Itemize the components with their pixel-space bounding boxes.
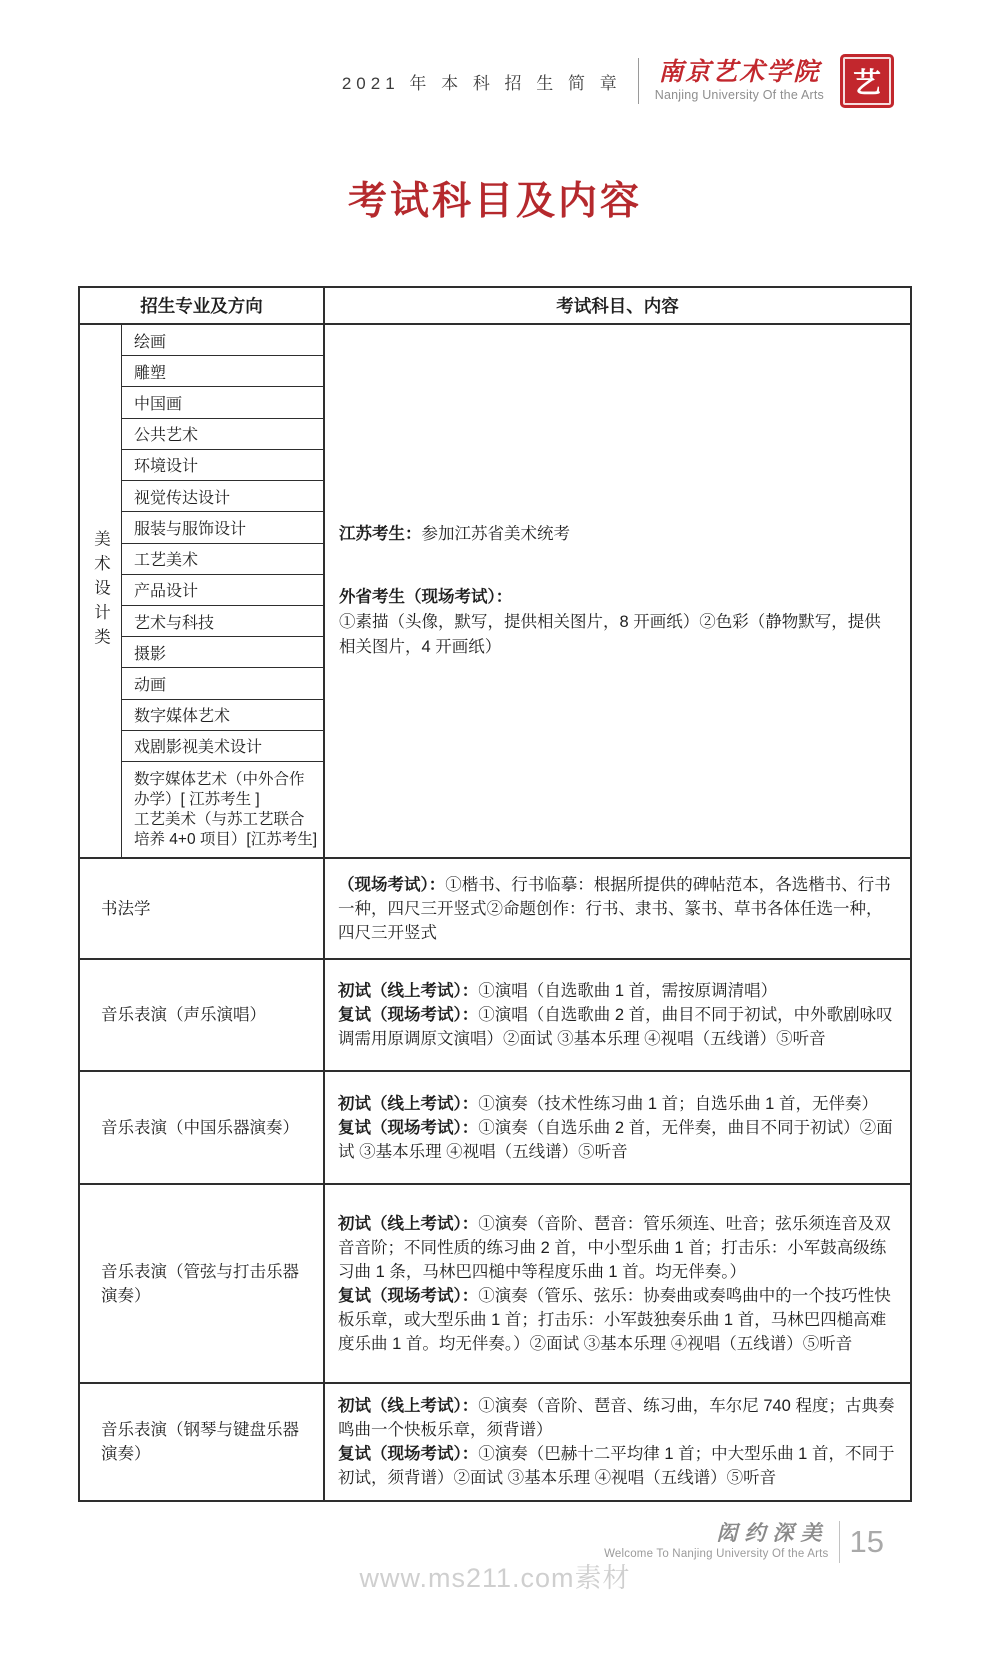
- major-cell: 音乐表演（声乐演唱）: [80, 960, 325, 1070]
- exam-segment: 复试（现场考试）：①演奏（自选乐曲 2 首，无伴奏，曲目不同于初试）②面试 ③基…: [338, 1116, 897, 1164]
- major-item: 环境设计: [122, 450, 323, 481]
- exam-content-cell: 初试（线上考试）：①演奏（音阶、琶音：管乐须连、吐音；弦乐须连音及双音音阶；不同…: [325, 1185, 910, 1382]
- major-item: 绘画: [122, 325, 323, 356]
- exam-segment: 初试（线上考试）：①演唱（自选歌曲 1 首，需按原调清唱）: [338, 979, 897, 1003]
- table-row-chinese-instruments: 音乐表演（中国乐器演奏） 初试（线上考试）：①演奏（技术性练习曲 1 首；自选乐…: [80, 1072, 910, 1185]
- text: ①演唱（自选歌曲 1 首，需按原调清唱）: [478, 982, 777, 1000]
- exam-content-cell: （现场考试）：①楷书、行书临摹：根据所提供的碑帖范本，各选楷书、行书一种，四尺三…: [325, 859, 910, 958]
- major-item: 服装与服饰设计: [122, 512, 323, 543]
- bold-label: 外省考生（现场考试）：: [339, 585, 896, 610]
- major-item: 数字媒体艺术（中外合作办学）[ 江苏考生 ]: [134, 770, 319, 810]
- major-item: 公共艺术: [122, 419, 323, 450]
- university-logo: 南京艺术学院 Nanjing University Of the Arts: [655, 60, 824, 102]
- bold-label: 初试（线上考试）：: [338, 1215, 478, 1233]
- major-item: 摄影: [122, 637, 323, 668]
- page-title: 考试科目及内容: [0, 170, 990, 226]
- exam-segment: 初试（线上考试）：①演奏（技术性练习曲 1 首；自选乐曲 1 首，无伴奏）: [338, 1092, 897, 1116]
- table-row-piano-keyboard: 音乐表演（钢琴与键盘乐器演奏） 初试（线上考试）：①演奏（音阶、琶音、练习曲，车…: [80, 1384, 910, 1500]
- major-item: 艺术与科技: [122, 606, 323, 637]
- table-row-orchestral-percussion: 音乐表演（管弦与打击乐器演奏） 初试（线上考试）：①演奏（音阶、琶音：管乐须连、…: [80, 1185, 910, 1384]
- major-item: 戏剧影视美术设计: [122, 731, 323, 762]
- jiangsu-candidates-text: 江苏考生：参加江苏省美术统考: [339, 522, 896, 547]
- category-vertical-label: 美术设计类: [89, 530, 113, 653]
- doc-title: 2021 年 本 科 招 生 简 章: [342, 69, 622, 94]
- bold-label: 初试（线上考试）：: [338, 1095, 478, 1113]
- exam-segment: 复试（现场考试）：①演奏（管乐、弦乐：协奏曲或奏鸣曲中的一个技巧性快板乐章，或大…: [338, 1284, 897, 1356]
- bold-label: 复试（现场考试）：: [338, 1445, 478, 1463]
- exam-segment: （现场考试）：①楷书、行书临摹：根据所提供的碑帖范本，各选楷书、行书一种，四尺三…: [338, 873, 897, 945]
- table-row-vocal-music: 音乐表演（声乐演唱） 初试（线上考试）：①演唱（自选歌曲 1 首，需按原调清唱）…: [80, 960, 910, 1072]
- exam-content-cell: 初试（线上考试）：①演奏（技术性练习曲 1 首；自选乐曲 1 首，无伴奏） 复试…: [325, 1072, 910, 1183]
- page-header: 2021 年 本 科 招 生 简 章 南京艺术学院 Nanjing Univer…: [342, 54, 894, 108]
- table-row-art-design-group: 美术设计类 绘画 雕塑 中国画 公共艺术 环境设计 视觉传达设计 服装与服饰设计…: [80, 325, 910, 859]
- out-of-province-candidates-text: 外省考生（现场考试）： ①素描（头像，默写，提供相关图片，8 开画纸）②色彩（静…: [339, 585, 896, 660]
- major-item: 中国画: [122, 387, 323, 418]
- exam-subjects-table: 招生专业及方向 考试科目、内容 美术设计类 绘画 雕塑 中国画 公共艺术 环境设…: [78, 286, 912, 1502]
- bold-label: 初试（线上考试）：: [338, 1397, 478, 1415]
- table-header-row: 招生专业及方向 考试科目、内容: [80, 288, 910, 325]
- bold-label: （现场考试）：: [338, 876, 445, 894]
- bold-label: 初试（线上考试）：: [338, 982, 478, 1000]
- school-motto-calligraphy: 闳约深美: [604, 1523, 828, 1544]
- major-cell: 书法学: [80, 859, 325, 958]
- exam-segment: 复试（现场考试）：①演奏（巴赫十二平均律 1 首；中大型乐曲 1 首，不同于初试…: [338, 1442, 897, 1490]
- major-cell: 音乐表演（管弦与打击乐器演奏）: [80, 1185, 325, 1382]
- watermark-text: www.ms211.com素材: [0, 1556, 990, 1595]
- major-cell: 音乐表演（钢琴与键盘乐器演奏）: [80, 1384, 325, 1500]
- exam-content-cell: 江苏考生：参加江苏省美术统考 外省考生（现场考试）： ①素描（头像，默写，提供相…: [325, 325, 910, 857]
- major-item: 动画: [122, 668, 323, 699]
- major-item: 工艺美术: [122, 544, 323, 575]
- major-item: 数字媒体艺术: [122, 700, 323, 731]
- category-cell: 美术设计类: [80, 325, 122, 857]
- table-row-calligraphy: 书法学 （现场考试）：①楷书、行书临摹：根据所提供的碑帖范本，各选楷书、行书一种…: [80, 859, 910, 960]
- bold-label: 江苏考生：: [339, 525, 422, 543]
- brochure-page: 2021 年 本 科 招 生 简 章 南京艺术学院 Nanjing Univer…: [0, 0, 990, 1666]
- bold-label: 复试（现场考试）：: [338, 1119, 478, 1137]
- page-number: 15: [850, 1524, 884, 1560]
- header-divider: [638, 58, 639, 104]
- exam-segment: 初试（线上考试）：①演奏（音阶、琶音、练习曲，车尔尼 740 程度；古典奏鸣曲一…: [338, 1394, 897, 1442]
- exam-segment: 初试（线上考试）：①演奏（音阶、琶音：管乐须连、吐音；弦乐须连音及双音音阶；不同…: [338, 1212, 897, 1284]
- column-header-majors: 招生专业及方向: [80, 288, 325, 323]
- major-item: 工艺美术（与苏工艺联合培养 4+0 项目）[江苏考生]: [134, 810, 319, 850]
- bold-label: 复试（现场考试）：: [338, 1287, 478, 1305]
- major-item: 雕塑: [122, 356, 323, 387]
- exam-segment: 复试（现场考试）：①演唱（自选歌曲 2 首，曲目不同于初试，中外歌剧咏叹调需用原…: [338, 1003, 897, 1051]
- exam-content-cell: 初试（线上考试）：①演奏（音阶、琶音、练习曲，车尔尼 740 程度；古典奏鸣曲一…: [325, 1384, 910, 1500]
- major-cell: 音乐表演（中国乐器演奏）: [80, 1072, 325, 1183]
- text: 参加江苏省美术统考: [422, 525, 571, 543]
- exam-content-cell: 初试（线上考试）：①演唱（自选歌曲 1 首，需按原调清唱） 复试（现场考试）：①…: [325, 960, 910, 1070]
- logo-chinese-calligraphy: 南京艺术学院: [655, 60, 824, 85]
- text: ①演奏（技术性练习曲 1 首；自选乐曲 1 首，无伴奏）: [478, 1095, 878, 1113]
- column-header-content: 考试科目、内容: [325, 288, 910, 323]
- major-item: 产品设计: [122, 575, 323, 606]
- seal-character: 艺: [853, 61, 881, 101]
- majors-list: 绘画 雕塑 中国画 公共艺术 环境设计 视觉传达设计 服装与服饰设计 工艺美术 …: [122, 325, 325, 857]
- text: ①素描（头像，默写，提供相关图片，8 开画纸）②色彩（静物默写，提供相关图片，4…: [339, 610, 896, 660]
- major-item: 视觉传达设计: [122, 481, 323, 512]
- bold-label: 复试（现场考试）：: [338, 1006, 478, 1024]
- university-seal-icon: 艺: [840, 54, 894, 108]
- major-item-joint-programs: 数字媒体艺术（中外合作办学）[ 江苏考生 ] 工艺美术（与苏工艺联合培养 4+0…: [122, 762, 323, 857]
- logo-english-name: Nanjing University Of the Arts: [655, 89, 824, 102]
